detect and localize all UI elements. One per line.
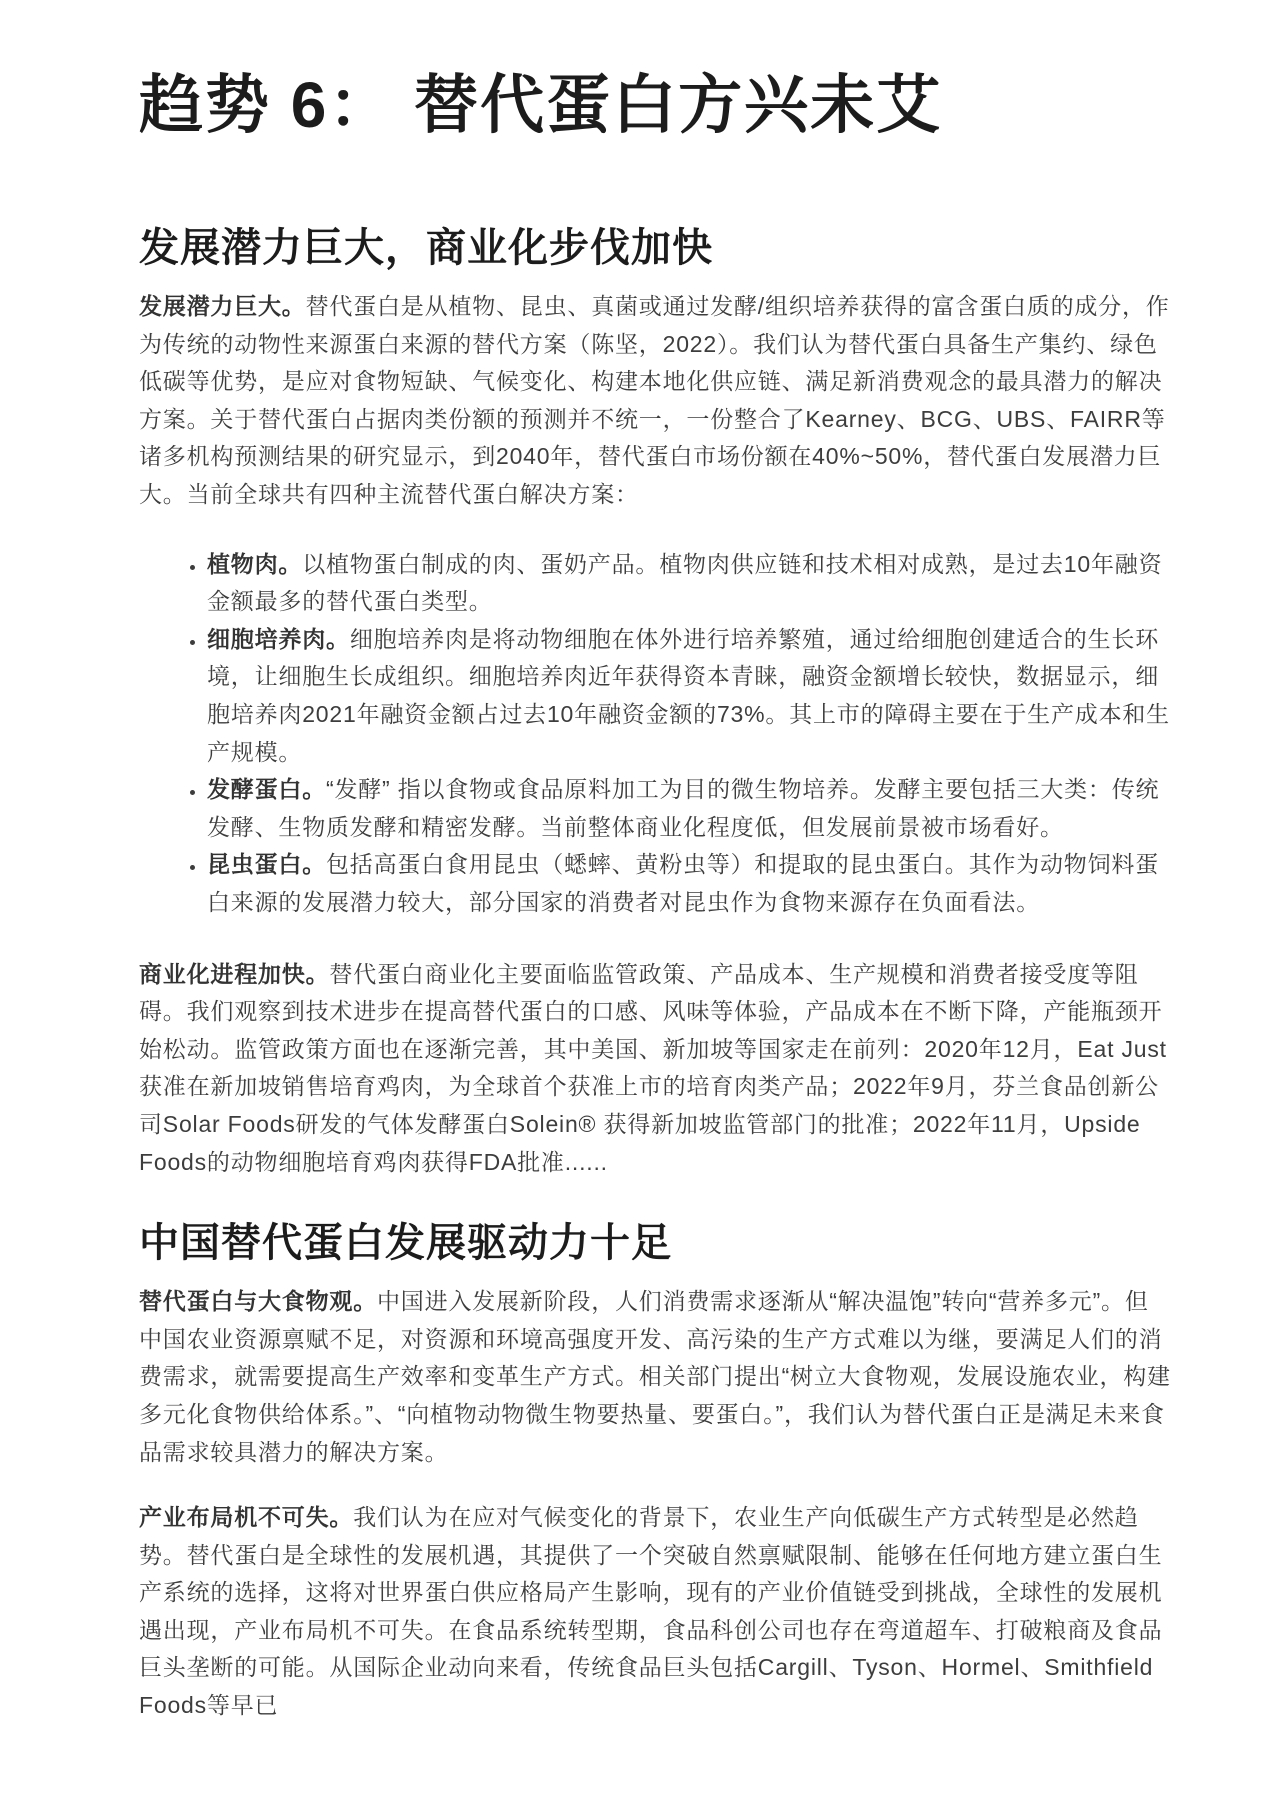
paragraph-food-outlook: 替代蛋白与大食物观。中国进入发展新阶段，人们消费需求逐渐从“解决温饱”转向“营养… xyxy=(139,1283,1171,1471)
paragraph-text: 我们认为在应对气候变化的背景下，农业生产向低碳生产方式转型是必然趋势。替代蛋白是… xyxy=(139,1504,1162,1718)
paragraph-industry-layout: 产业布局机不可失。我们认为在应对气候变化的背景下，农业生产向低碳生产方式转型是必… xyxy=(139,1499,1171,1725)
list-item-text: “发酵” 指以食物或食品原料加工为目的微生物培养。发酵主要包括三大类：传统发酵、… xyxy=(207,776,1159,840)
list-item-cultured-meat: 细胞培养肉。细胞培养肉是将动物细胞在体外进行培养繁殖，通过给细胞创建适合的生长环… xyxy=(207,621,1171,771)
paragraph-lead: 发展潜力巨大。 xyxy=(139,293,306,319)
list-item-lead: 发酵蛋白。 xyxy=(207,776,326,802)
section-china-drivers: 中国替代蛋白发展驱动力十足 替代蛋白与大食物观。中国进入发展新阶段，人们消费需求… xyxy=(139,1219,1171,1725)
paragraph-text: 中国进入发展新阶段，人们消费需求逐渐从“解决温饱”转向“营养多元”。但中国农业资… xyxy=(139,1288,1171,1464)
list-item-lead: 昆虫蛋白。 xyxy=(207,851,326,877)
paragraph-lead: 商业化进程加快。 xyxy=(139,961,329,987)
list-item-plant-meat: 植物肉。以植物蛋白制成的肉、蛋奶产品。植物肉供应链和技术相对成熟，是过去10年融… xyxy=(207,546,1171,621)
list-item-insect-protein: 昆虫蛋白。包括高蛋白食用昆虫（蟋蟀、黄粉虫等）和提取的昆虫蛋白。其作为动物饲料蛋… xyxy=(207,846,1171,921)
section-heading-potential: 发展潜力巨大，商业化步伐加快 xyxy=(139,224,1171,272)
document-page: 趋势 6： 替代蛋白方兴未艾 发展潜力巨大，商业化步伐加快 发展潜力巨大。替代蛋… xyxy=(139,0,1171,1725)
paragraph-text: 替代蛋白商业化主要面临监管政策、产品成本、生产规模和消费者接受度等阻碍。我们观察… xyxy=(139,961,1167,1175)
paragraph-text: 替代蛋白是从植物、昆虫、真菌或通过发酵/组织培养获得的富含蛋白质的成分，作为传统… xyxy=(139,293,1170,507)
list-item-fermented-protein: 发酵蛋白。“发酵” 指以食物或食品原料加工为目的微生物培养。发酵主要包括三大类：… xyxy=(207,771,1171,846)
section-potential: 发展潜力巨大，商业化步伐加快 发展潜力巨大。替代蛋白是从植物、昆虫、真菌或通过发… xyxy=(139,224,1171,1181)
page-title: 趋势 6： 替代蛋白方兴未艾 xyxy=(139,66,1171,144)
list-item-text: 包括高蛋白食用昆虫（蟋蟀、黄粉虫等）和提取的昆虫蛋白。其作为动物饲料蛋白来源的发… xyxy=(207,851,1159,915)
list-item-text: 细胞培养肉是将动物细胞在体外进行培养繁殖，通过给细胞创建适合的生长环境，让细胞生… xyxy=(207,626,1170,765)
paragraph-lead: 产业布局机不可失。 xyxy=(139,1504,353,1530)
paragraph-potential-intro: 发展潜力巨大。替代蛋白是从植物、昆虫、真菌或通过发酵/组织培养获得的富含蛋白质的… xyxy=(139,288,1171,514)
list-item-lead: 细胞培养肉。 xyxy=(207,626,350,652)
section-heading-china: 中国替代蛋白发展驱动力十足 xyxy=(139,1219,1171,1267)
alt-protein-types-list: 植物肉。以植物蛋白制成的肉、蛋奶产品。植物肉供应链和技术相对成熟，是过去10年融… xyxy=(139,546,1171,922)
list-item-lead: 植物肉。 xyxy=(207,551,302,577)
paragraph-commercialization: 商业化进程加快。替代蛋白商业化主要面临监管政策、产品成本、生产规模和消费者接受度… xyxy=(139,956,1171,1182)
list-item-text: 以植物蛋白制成的肉、蛋奶产品。植物肉供应链和技术相对成熟，是过去10年融资金额最… xyxy=(207,551,1162,615)
paragraph-lead: 替代蛋白与大食物观。 xyxy=(139,1288,377,1314)
